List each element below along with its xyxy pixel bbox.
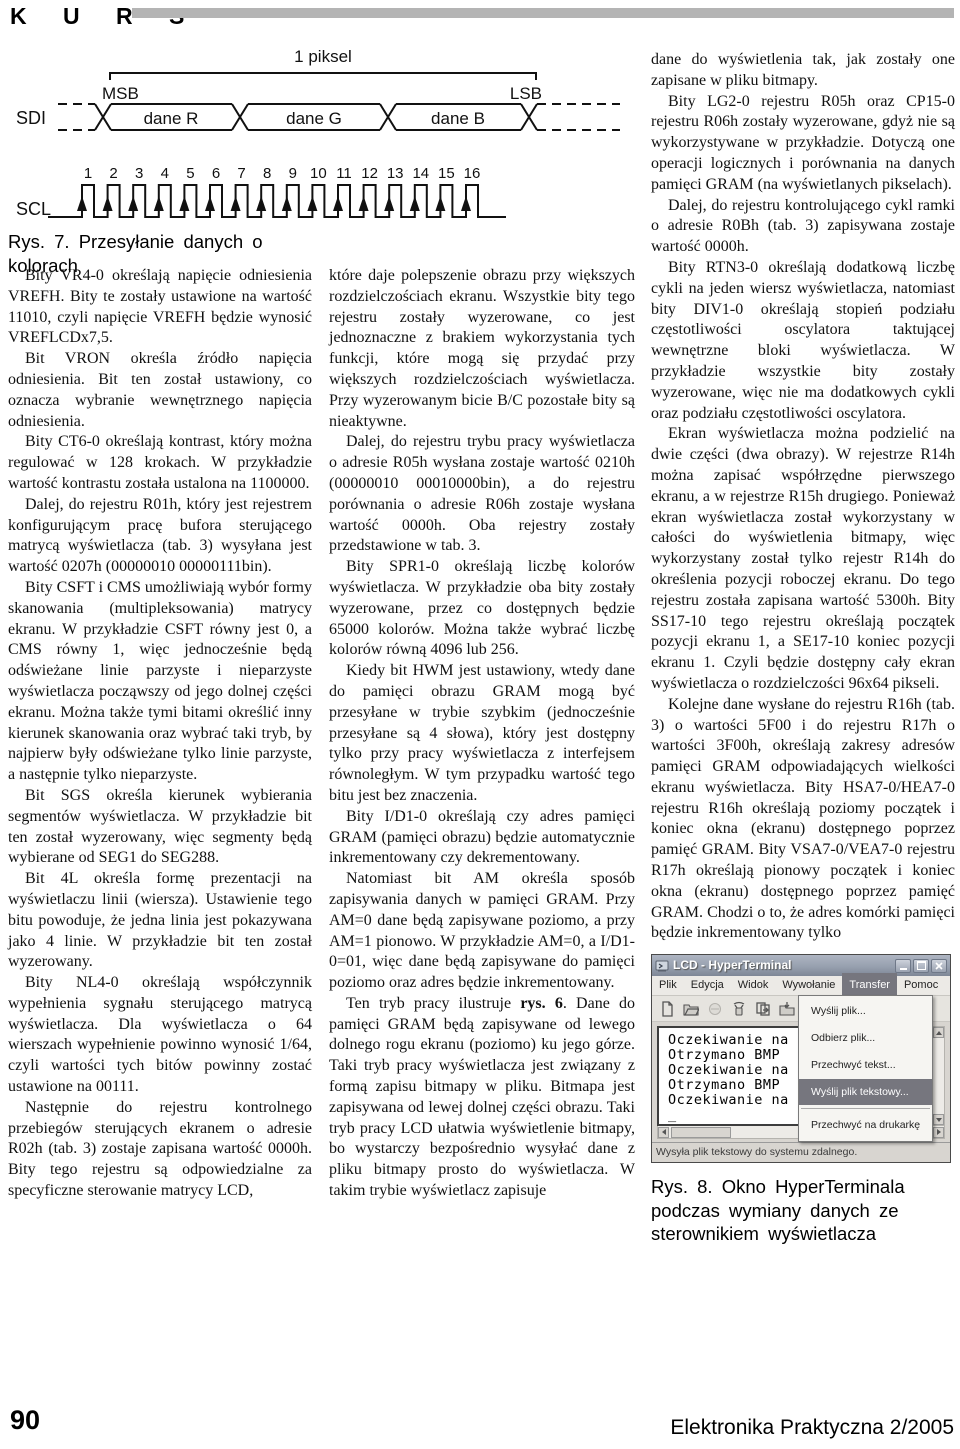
paragraph: Bity SPR1-0 określają liczbę kolorów wyś… [329, 557, 635, 661]
rising-edge-arrow-icon [435, 196, 445, 211]
clock-waveform [48, 185, 506, 217]
sdi-signal-label: SDI [16, 108, 46, 128]
magazine-page: K U R S 12345678910111213141516 1 piksel… [0, 0, 960, 1449]
paragraph: Bity I/D1-0 określają czy adres pamięci … [329, 807, 635, 869]
clock-number: 8 [263, 165, 271, 182]
call-icon[interactable] [730, 1000, 748, 1018]
rising-edge-arrow-icon [231, 196, 241, 211]
paragraph: Kolejne dane wysłane do rejestru R16h (t… [651, 695, 955, 945]
menu-item-send-text-file[interactable]: Wyślij plik tekstowy... [799, 1079, 932, 1106]
clock-number: 13 [387, 165, 404, 182]
rising-edge-arrow-icon [77, 196, 87, 211]
paragraph: Dalej, do rejestru kontrolującego cykl r… [651, 196, 955, 258]
menu-widok[interactable]: Widok [731, 973, 776, 998]
rising-edge-arrow-icon [282, 196, 292, 211]
close-button[interactable] [931, 959, 947, 973]
paragraph: Bit 4L określa formę prezentacji na wyśw… [8, 869, 312, 973]
menu-item-capture-text[interactable]: Przechwyć tekst... [799, 1052, 932, 1079]
vertical-scrollbar[interactable] [932, 1026, 945, 1126]
receive-file-icon[interactable] [778, 1000, 796, 1018]
figure-reference: rys. 6 [520, 995, 563, 1012]
scl-signal-label: SCL [16, 199, 51, 219]
scroll-up-icon[interactable] [933, 1027, 944, 1038]
rising-edge-arrow-icon [410, 196, 420, 211]
paragraph: Bity CSFT i CMS umożliwiają wybór formy … [8, 578, 312, 786]
hyperterminal-app-icon [655, 959, 669, 973]
bus-crossing [95, 104, 111, 130]
rising-edge-arrow-icon [359, 196, 369, 211]
article-column-1: Bity VR4-0 określają napięcie odniesieni… [8, 266, 312, 1202]
footer-magazine-issue: Elektronika Praktyczna 2/2005 [670, 1416, 954, 1440]
bus-dashed-left [58, 104, 95, 130]
page-number: 90 [10, 1405, 40, 1436]
clock-number: 16 [464, 165, 481, 182]
rising-edge-arrow-icon [461, 196, 471, 211]
paragraph: Kiedy bit HWM jest ustawiony, wtedy dane… [329, 661, 635, 807]
paragraph: Bity LG2-0 rejestru R05h oraz CP15-0 rej… [651, 92, 955, 196]
pixel-label: 1 piksel [294, 47, 352, 66]
rising-edge-arrow-icon [256, 196, 266, 211]
figure-8-hyperterminal-screenshot: LCD - HyperTerminal Plik Edycja Widok Wy… [651, 954, 951, 1163]
open-icon[interactable] [682, 1000, 700, 1018]
scrollbar-thumb[interactable] [671, 1127, 731, 1138]
clock-number: 3 [135, 165, 143, 182]
maximize-button[interactable] [913, 959, 929, 973]
minimize-button[interactable] [895, 959, 911, 973]
kicker-rule [132, 8, 954, 18]
clock-number: 14 [412, 165, 429, 182]
hyperterminal-window: LCD - HyperTerminal Plik Edycja Widok Wy… [651, 954, 951, 1163]
pixel-bracket [110, 73, 536, 80]
clock-number: 10 [310, 165, 327, 182]
paragraph: Bity VR4-0 określają napięcie odniesieni… [8, 266, 312, 349]
paragraph: Bit VRON określa źródło napięcia odniesi… [8, 349, 312, 432]
new-connection-icon[interactable] [658, 1000, 676, 1018]
window-controls [895, 959, 947, 973]
bus-segment-label: dane B [431, 109, 485, 128]
scroll-right-icon[interactable] [933, 1127, 944, 1138]
bus-segment-label: dane G [286, 109, 342, 128]
clock-number: 11 [336, 165, 352, 182]
paragraph: Bity RTN3-0 określają dodatkową liczbę c… [651, 258, 955, 424]
menu-separator [801, 1108, 930, 1109]
status-bar: Wysyła plik tekstowy do systemu zdalnego… [652, 1142, 950, 1162]
rising-edge-arrow-icon [154, 196, 164, 211]
bus-dashed-right [537, 104, 620, 130]
paragraph: które daje polepszenie obrazu przy więks… [329, 266, 635, 432]
scroll-left-icon[interactable] [658, 1127, 669, 1138]
paragraph: Bity NL4-0 określają współczynnik wypełn… [8, 973, 312, 1098]
transfer-menu-dropdown: Wyślij plik... Odbierz plik... Przechwyć… [798, 995, 933, 1142]
clock-number: 6 [212, 165, 220, 182]
menu-item-capture-to-printer[interactable]: Przechwyć na drukarkę [799, 1112, 932, 1139]
bus-segment-label: dane R [144, 109, 199, 128]
bus-crossing [232, 104, 248, 130]
paragraph: Bity CT6-0 określają kontrast, który moż… [8, 432, 312, 494]
paragraph: Następnie do rejestru kontrolnego przebi… [8, 1098, 312, 1202]
hangup-icon-disabled [706, 1000, 724, 1018]
rising-edge-arrow-icon [307, 196, 317, 211]
paragraph: Natomiast bit AM określa sposób zapisywa… [329, 869, 635, 994]
paragraph: Dalej, do rejestru trybu pracy wyświetla… [329, 432, 635, 557]
menu-bar: Plik Edycja Widok Wywołanie Transfer Pom… [652, 976, 950, 996]
menu-plik[interactable]: Plik [652, 973, 684, 998]
figure-7-timing-diagram: 12345678910111213141516 1 piksel MSB LSB… [8, 42, 640, 234]
rising-edge-arrow-icon [384, 196, 394, 211]
rising-edge-arrow-icon [205, 196, 215, 211]
clock-number: 9 [289, 165, 297, 182]
paragraph: Ekran wyświetlacza można podzielić na dw… [651, 424, 955, 694]
scroll-down-icon[interactable] [933, 1114, 944, 1125]
article-column-3: dane do wyświetlenia tak, jak zostały on… [651, 50, 955, 1246]
article-column-2: które daje polepszenie obrazu przy więks… [329, 266, 635, 1202]
clock-number: 1 [84, 165, 92, 182]
clock-number: 12 [361, 165, 378, 182]
menu-item-receive-file[interactable]: Odbierz plik... [799, 1025, 932, 1052]
figure-8-caption: Rys. 8. Okno HyperTerminala podczas wymi… [651, 1175, 953, 1246]
paragraph: dane do wyświetlenia tak, jak zostały on… [651, 50, 955, 92]
paragraph: Dalej, do rejestru R01h, który jest reje… [8, 495, 312, 578]
bus-crossing [380, 104, 396, 130]
clock-number: 2 [109, 165, 117, 182]
clock-number: 15 [438, 165, 455, 182]
clock-number: 4 [161, 165, 169, 182]
send-file-icon[interactable] [754, 1000, 772, 1018]
paragraph-text: . Dane do pamięci GRAM będą zapisywane o… [329, 995, 635, 1199]
rising-edge-arrow-icon [128, 196, 138, 211]
bus-crossing [521, 104, 537, 130]
clock-numbers-and-arrows: 12345678910111213141516 [77, 165, 480, 211]
paragraph: Bit SGS określa kierunek wybierania segm… [8, 786, 312, 869]
clock-number: 5 [186, 165, 194, 182]
clock-number: 7 [237, 165, 245, 182]
lsb-label: LSB [510, 84, 542, 103]
msb-label: MSB [102, 84, 139, 103]
rising-edge-arrow-icon [103, 196, 113, 211]
rising-edge-arrow-icon [333, 196, 343, 211]
menu-edycja[interactable]: Edycja [684, 973, 731, 998]
menu-item-send-file[interactable]: Wyślij plik... [799, 998, 932, 1025]
paragraph-text: Ten tryb pracy ilustruje [346, 995, 520, 1012]
paragraph: Ten tryb pracy ilustruje rys. 6. Dane do… [329, 994, 635, 1202]
rising-edge-arrow-icon [179, 196, 189, 211]
